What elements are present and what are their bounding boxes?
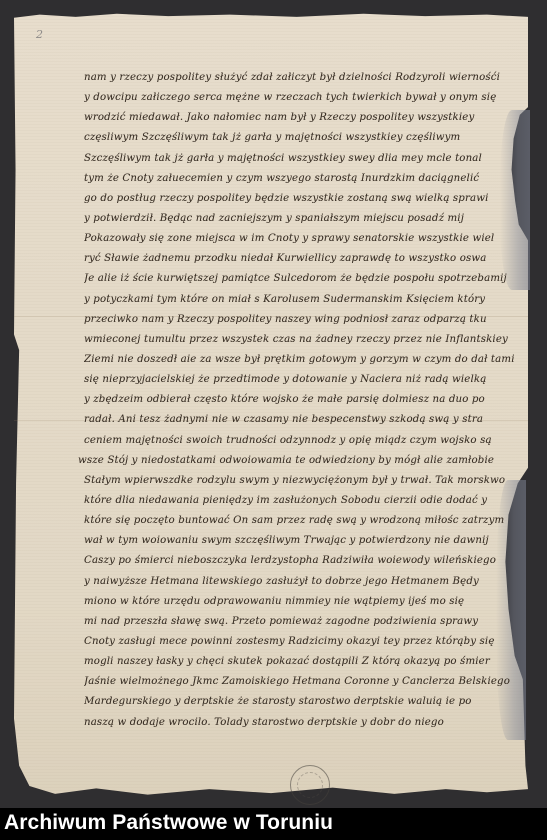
manuscript-line: y naiwyższe Hetmana litewskiego zasłużył… xyxy=(84,572,514,592)
manuscript-line: się nieprzyjacielskiej że przedtimode y … xyxy=(84,370,514,390)
manuscript-line: mi nad przeszła sławę swą. Przeto pomiew… xyxy=(84,612,514,632)
manuscript-line: nam y rzeczy pospolitey służyć zdał załi… xyxy=(84,68,514,88)
manuscript-text: nam y rzeczy pospolitey służyć zdał załi… xyxy=(84,68,514,733)
manuscript-line: y potyczkami tym które on miał s Karolus… xyxy=(84,290,514,310)
manuscript-line: które dlia niedawania pieniędzy im zasłu… xyxy=(84,491,514,511)
scanned-page-background: 2 nam y rzeczy pospolitey służyć zdał za… xyxy=(0,0,547,808)
manuscript-line: mogli naszey łasky y chęci skutek pokaza… xyxy=(84,652,514,672)
archive-caption-bar: Archiwum Państwowe w Toruniu xyxy=(0,808,547,840)
manuscript-line: wsze Stój y niedostatkami odwoiowamia te… xyxy=(78,451,514,471)
manuscript-line: Pokazowały się zone miejsca w im Cnoty y… xyxy=(84,229,514,249)
manuscript-line: y potwierdził. Będąc nad zacniejszym y s… xyxy=(84,209,514,229)
manuscript-line: Mardegurskiego y derptskie że starosty s… xyxy=(84,692,514,712)
manuscript-line: Je alie iż ście kurwiętszej pamiątce Sul… xyxy=(84,269,514,289)
manuscript-line: częsliwym Szczęśliwym tak jż garła y maj… xyxy=(84,128,514,148)
manuscript-line: naszą w dodaje wrocilo. Tolady starostwo… xyxy=(84,713,514,733)
manuscript-line: Jaśnie wielmożnego Jkmc Zamoiskiego Hetm… xyxy=(84,672,514,692)
manuscript-line: Caszy po śmierci nieboszczyka lerdzystop… xyxy=(84,551,514,571)
manuscript-line: przeciwko nam y Rzeczy pospolitey naszey… xyxy=(84,310,514,330)
manuscript-line: wmieconej tumultu przez wszystek czas na… xyxy=(84,330,514,350)
manuscript-line: Szczęśliwym tak jż garła y majętności ws… xyxy=(84,149,514,169)
archive-stamp-icon xyxy=(290,765,330,805)
manuscript-line: Ziemi nie doszedł aie za wsze był prętki… xyxy=(84,350,514,370)
manuscript-line: wrodzić miedawał. Jako nałomiec nam był … xyxy=(84,108,514,128)
manuscript-line: ryć Sławie żadnemu przodku niedał Kurwie… xyxy=(84,249,514,269)
manuscript-line: miono w które urzędu odprawowaniu nimmie… xyxy=(84,592,514,612)
manuscript-line: Cnoty zasługi mece powinni zostesmy Radz… xyxy=(84,632,514,652)
manuscript-line: tym że Cnoty załuecemien y czym wszyego … xyxy=(84,169,514,189)
manuscript-line: które się poczęto buntować On sam przez … xyxy=(84,511,514,531)
archive-caption: Archiwum Państwowe w Toruniu xyxy=(4,811,333,835)
manuscript-line: wał w tym woiowaniu swym szczęśliwym Trw… xyxy=(84,531,514,551)
manuscript-line: y dowcipu załiczego serca mężne w rzecza… xyxy=(84,88,514,108)
manuscript-line: go do postług rzeczy pospolitey będzie w… xyxy=(84,189,514,209)
manuscript-line: Stałym wpierwszdke rodzylu swym y niezwy… xyxy=(84,471,514,491)
manuscript-line: ceniem majętności swoich trudności odzyn… xyxy=(84,431,514,451)
folio-number: 2 xyxy=(36,28,43,41)
manuscript-line: radał. Ani tesz żadnymi nie w czasamy ni… xyxy=(84,410,514,430)
manuscript-line: y zbędzeim odbierał często które wojsko … xyxy=(84,390,514,410)
